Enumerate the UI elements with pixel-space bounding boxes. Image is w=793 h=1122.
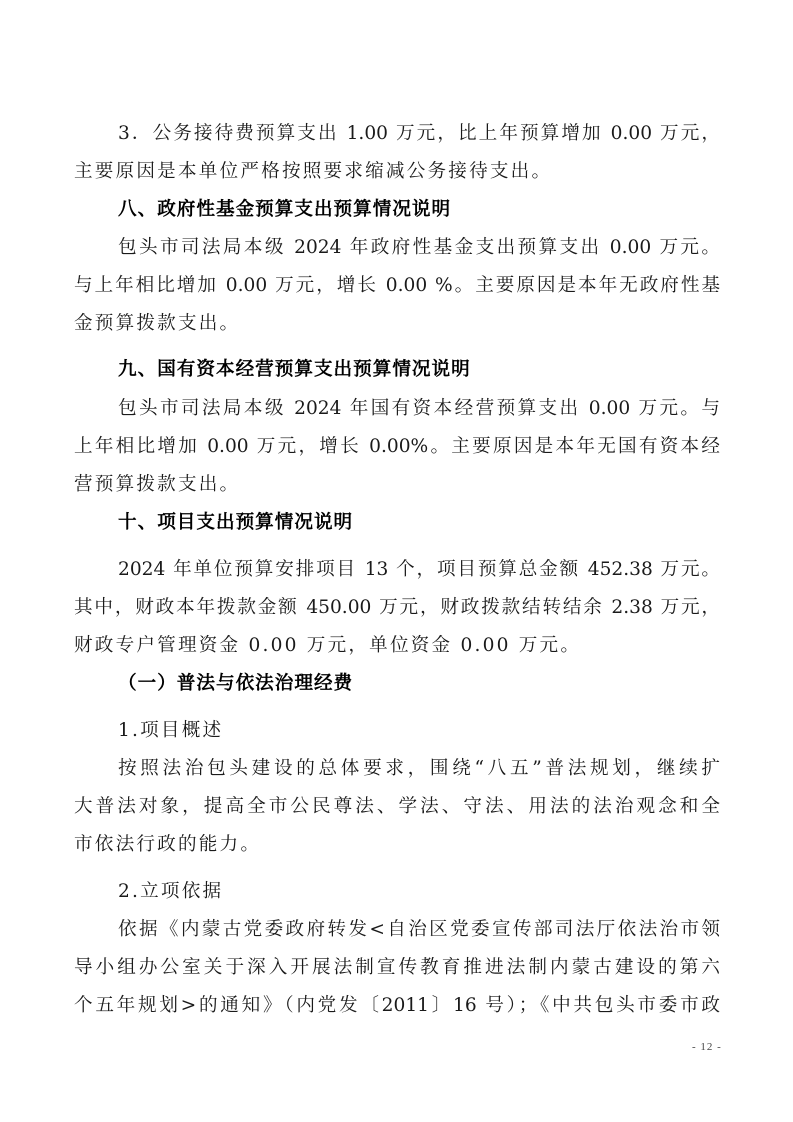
section-heading: 八、政府性基金预算支出预算情况说明 — [118, 198, 451, 222]
paragraph-line: 3．公务接待费预算支出 1.00 万元，比上年预算增加 0.00 万元， — [118, 122, 720, 146]
paragraph-line: 财政专户管理资金 0.00 万元，单位资金 0.00 万元。 — [74, 634, 581, 658]
paragraph-line: 其中，财政本年拨款金额 450.00 万元，财政拨款结转结余 2.38 万元， — [74, 596, 720, 620]
paragraph-line: 导小组办公室关于深入开展法制宣传教育推进法制内蒙古建设的第六 — [74, 956, 720, 980]
paragraph-line: 个五年规划>的通知》（内党发〔2011〕16 号）；《中共包头市委市政 — [74, 994, 720, 1018]
paragraph-line: 主要原因是本单位严格按照要求缩减公务接待支出。 — [74, 160, 552, 184]
section-heading: （一）普法与依法治理经费 — [118, 672, 353, 696]
paragraph-line: 依据《内蒙古党委政府转发<自治区党委宣传部司法厅依法治市领 — [118, 918, 720, 942]
paragraph-line: 营预算拨款支出。 — [74, 473, 240, 497]
page-number: - 12 - — [692, 1041, 722, 1053]
paragraph-line: 1.项目概述 — [118, 719, 223, 743]
paragraph-line: 市依法行政的能力。 — [74, 833, 261, 857]
section-heading: 十、项目支出预算情况说明 — [118, 511, 353, 535]
section-heading: 九、国有资本经营预算支出预算情况说明 — [118, 358, 471, 382]
paragraph-line: 与上年相比增加 0.00 万元，增长 0.00 %。主要原因是本年无政府性基 — [74, 274, 720, 298]
paragraph-line: 2.立项依据 — [118, 880, 223, 904]
paragraph-line: 包头市司法局本级 2024 年政府性基金支出预算支出 0.00 万元。 — [118, 236, 720, 260]
paragraph-line: 2024 年单位预算安排项目 13 个，项目预算总金额 452.38 万元。 — [118, 558, 720, 582]
paragraph-line: 上年相比增加 0.00 万元，增长 0.00%。主要原因是本年无国有资本经 — [74, 435, 720, 459]
paragraph-line: 金预算拨款支出。 — [74, 312, 240, 336]
paragraph-line: 大普法对象，提高全市公民尊法、学法、守法、用法的法治观念和全 — [74, 795, 720, 819]
paragraph-line: 按照法治包头建设的总体要求，围绕“八五”普法规划，继续扩 — [118, 757, 720, 781]
paragraph-line: 包头市司法局本级 2024 年国有资本经营预算支出 0.00 万元。与 — [118, 397, 720, 421]
